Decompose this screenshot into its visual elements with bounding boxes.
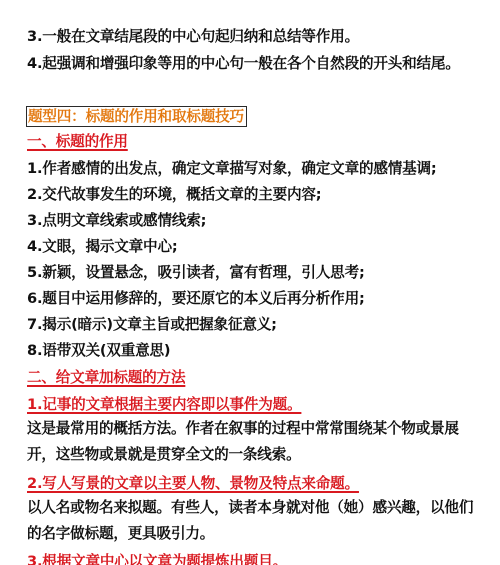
intro-line-3: 3.一般在文章结尾段的中心句起归纳和总结等作用。 (27, 27, 359, 47)
list-item: 7.揭示(暗示)文章主旨或把握象征意义; (27, 315, 277, 335)
section-heading-title-methods: 二、给文章加标题的方法 (27, 368, 185, 388)
method-title-2: 2.写人写景的文章以主要人物、景物及特点来命题。 (27, 474, 359, 494)
list-item: 8.语带双关(双重意思) (27, 341, 170, 361)
method-body-1: 这是最常用的概括方法。作者在叙事的过程中常常围绕某个物或景展开，这些物或景就是贯… (27, 416, 479, 468)
list-item: 5.新颖，设置悬念，吸引读者，富有哲理，引人思考; (27, 263, 365, 283)
document-page: 3.一般在文章结尾段的中心句起归纳和总结等作用。 4.起强调和增强印象等用的中心… (0, 0, 500, 565)
list-item: 6.题目中运用修辞的，要还原它的本义后再分析作用; (27, 289, 365, 309)
list-item: 4.文眼，揭示文章中心; (27, 237, 177, 257)
list-item: 1.作者感情的出发点，确定文章描写对象，确定文章的感情基调; (27, 159, 437, 179)
topic-title-box: 题型四：标题的作用和取标题技巧 (26, 106, 247, 127)
intro-line-4: 4.起强调和增强印象等用的中心句一般在各个自然段的开头和结尾。 (27, 54, 460, 74)
list-item: 2.交代故事发生的环境，概括文章的主要内容; (27, 185, 321, 205)
method-title-1: 1.记事的文章根据主要内容即以事件为题。 (27, 395, 301, 415)
method-title-3: 3.根据文章中心以文章为题提炼出题目。 (27, 552, 287, 565)
method-body-2: 以人名或物名来拟题。有些人，读者本身就对他（她）感兴趣，以他们的名字做标题，更具… (27, 495, 479, 547)
section-heading-title-function: 一、标题的作用 (27, 132, 128, 152)
list-item: 3.点明文章线索或感情线索; (27, 211, 206, 231)
